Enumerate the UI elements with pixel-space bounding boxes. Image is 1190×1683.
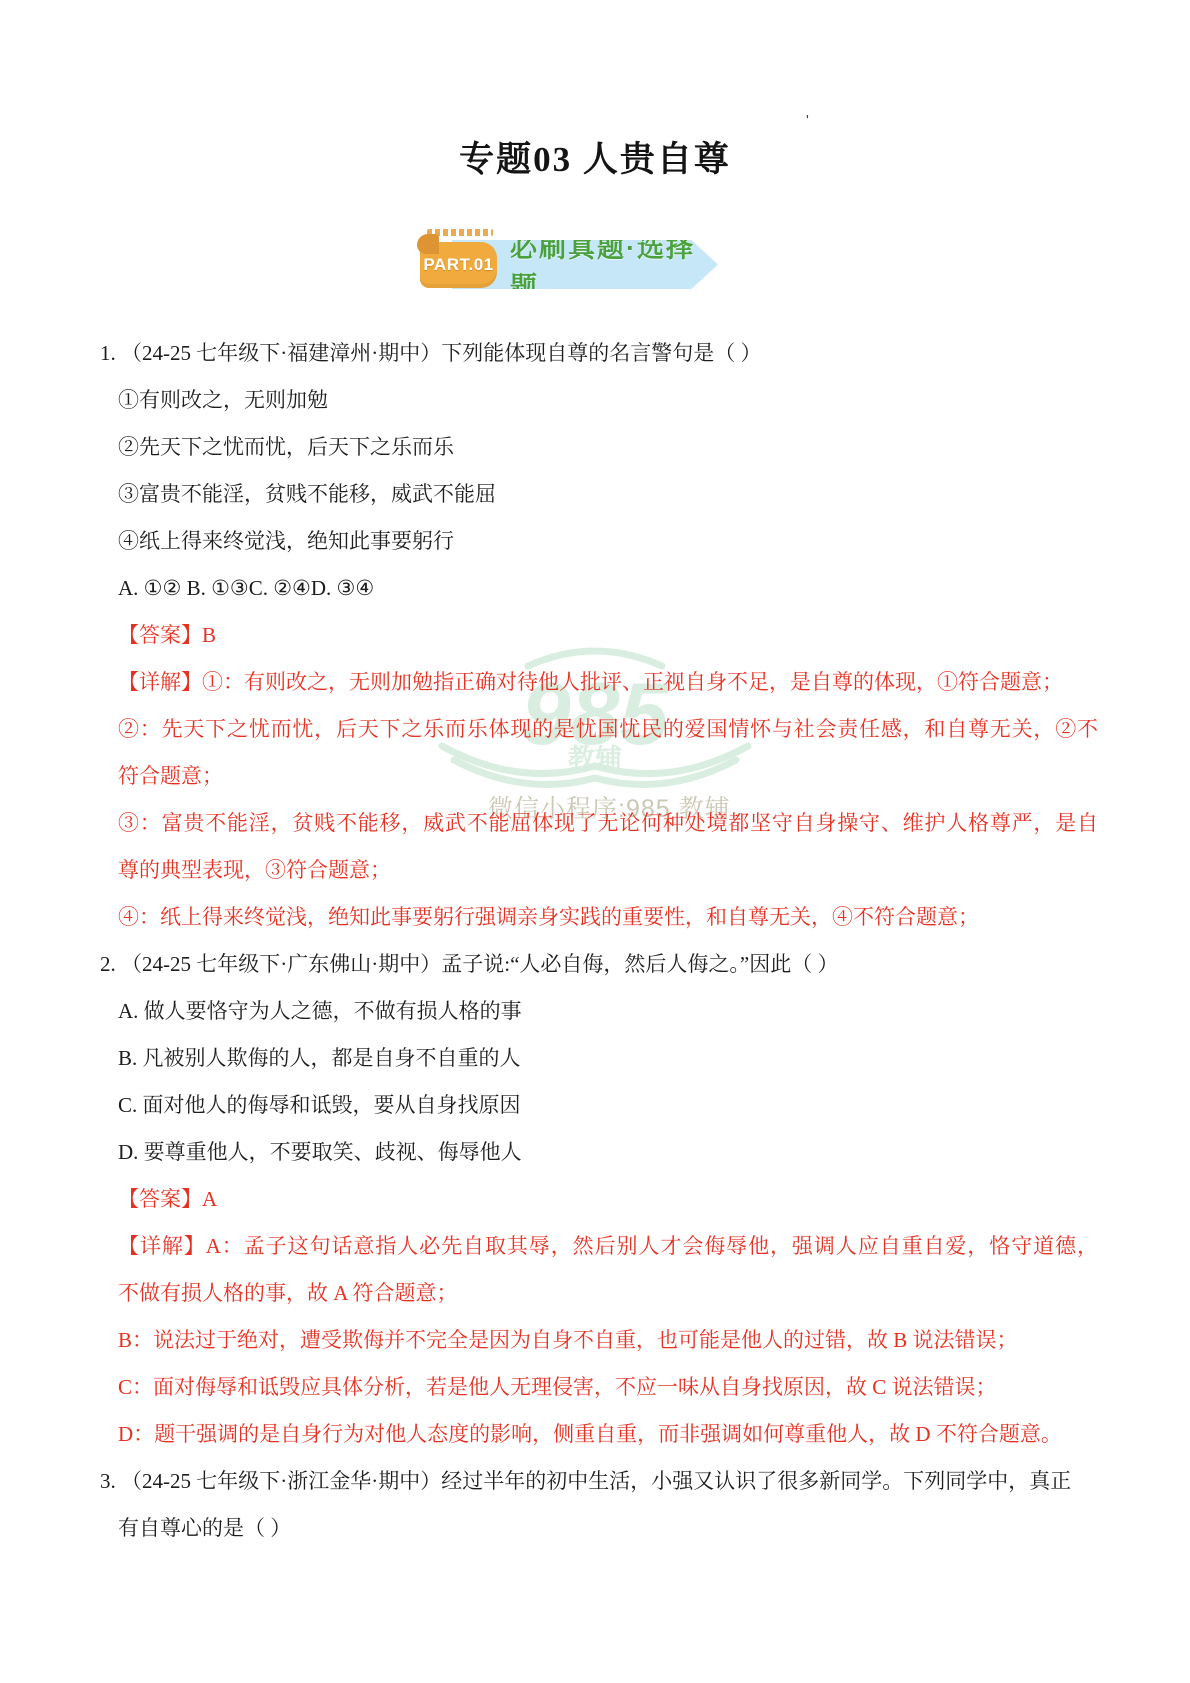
document-line: 不做有损人格的事，故 A 符合题意；: [100, 1270, 1098, 1317]
document-line: 【详解】A：孟子这句话意指人必先自取其辱，然后别人才会侮辱他，强调人应自重自爱，…: [100, 1223, 1098, 1270]
document-line: B. 凡被别人欺侮的人，都是自身不自重的人: [100, 1035, 1098, 1082]
document-line: ④纸上得来终觉浅，绝知此事要躬行: [100, 518, 1098, 565]
document-line: 有自尊心的是（ ）: [100, 1505, 1098, 1552]
document-line: ③富贵不能淫，贫贱不能移，威武不能屈: [100, 471, 1098, 518]
document-line: ③：富贵不能淫，贫贱不能移，威武不能屈体现了无论何种处境都坚守自身操守、维护人格…: [100, 800, 1098, 847]
document-line: ①有则改之，无则加勉: [100, 377, 1098, 424]
document-line: 尊的典型表现，③符合题意；: [100, 847, 1098, 894]
document-line: ④：纸上得来终觉浅，绝知此事要躬行强调亲身实践的重要性，和自尊无关，④不符合题意…: [100, 894, 1098, 941]
document-line: 符合题意；: [100, 753, 1098, 800]
document-line: D：题干强调的是自身行为对他人态度的影响，侧重自重，而非强调如何尊重他人，故 D…: [100, 1411, 1098, 1458]
part-tab: PART.01: [420, 242, 497, 288]
document-line: A. ①② B. ①③C. ②④D. ③④: [100, 565, 1098, 612]
document-line: 【答案】A: [100, 1176, 1098, 1223]
document-line: 3. （24-25 七年级下·浙江金华·期中）经过半年的初中生活，小强又认识了很…: [100, 1458, 1098, 1505]
document-line: 【详解】①：有则改之，无则加勉指正确对待他人批评、正视自身不足，是自尊的体现，①…: [100, 659, 1098, 706]
document-line: 1. （24-25 七年级下·福建漳州·期中）下列能体现自尊的名言警句是（ ）: [100, 330, 1098, 377]
content-lines: 1. （24-25 七年级下·福建漳州·期中）下列能体现自尊的名言警句是（ ）①…: [100, 330, 1098, 1552]
document-line: 【答案】B: [100, 612, 1098, 659]
document-line: C：面对侮辱和诋毁应具体分析，若是他人无理侵害，不应一味从自身找原因，故 C 说…: [100, 1364, 1098, 1411]
document-line: ②：先天下之忧而忧，后天下之乐而乐体现的是忧国忧民的爱国情怀与社会责任感，和自尊…: [100, 706, 1098, 753]
part-tab-label: PART.01: [423, 255, 493, 275]
banner-heading: 必刷真题·选择题: [510, 226, 718, 304]
document-line: A. 做人要恪守为人之德，不做有损人格的事: [100, 988, 1098, 1035]
document-page: 专题03 人贵自尊 ' 必刷真题·选择题 PART.01 985 教辅 微信小程…: [0, 0, 1190, 1683]
document-title: 专题03 人贵自尊: [0, 132, 1190, 182]
document-line: ②先天下之忧而忧，后天下之乐而乐: [100, 424, 1098, 471]
document-line: 2. （24-25 七年级下·广东佛山·期中）孟子说:“人必自侮，然后人侮之。”…: [100, 941, 1098, 988]
document-line: D. 要尊重他人，不要取笑、歧视、侮辱他人: [100, 1129, 1098, 1176]
stray-mark: ': [806, 112, 809, 129]
document-line: B：说法过于绝对，遭受欺侮并不完全是因为自身不自重，也可能是他人的过错，故 B …: [100, 1317, 1098, 1364]
document-line: C. 面对他人的侮辱和诋毁，要从自身找原因: [100, 1082, 1098, 1129]
